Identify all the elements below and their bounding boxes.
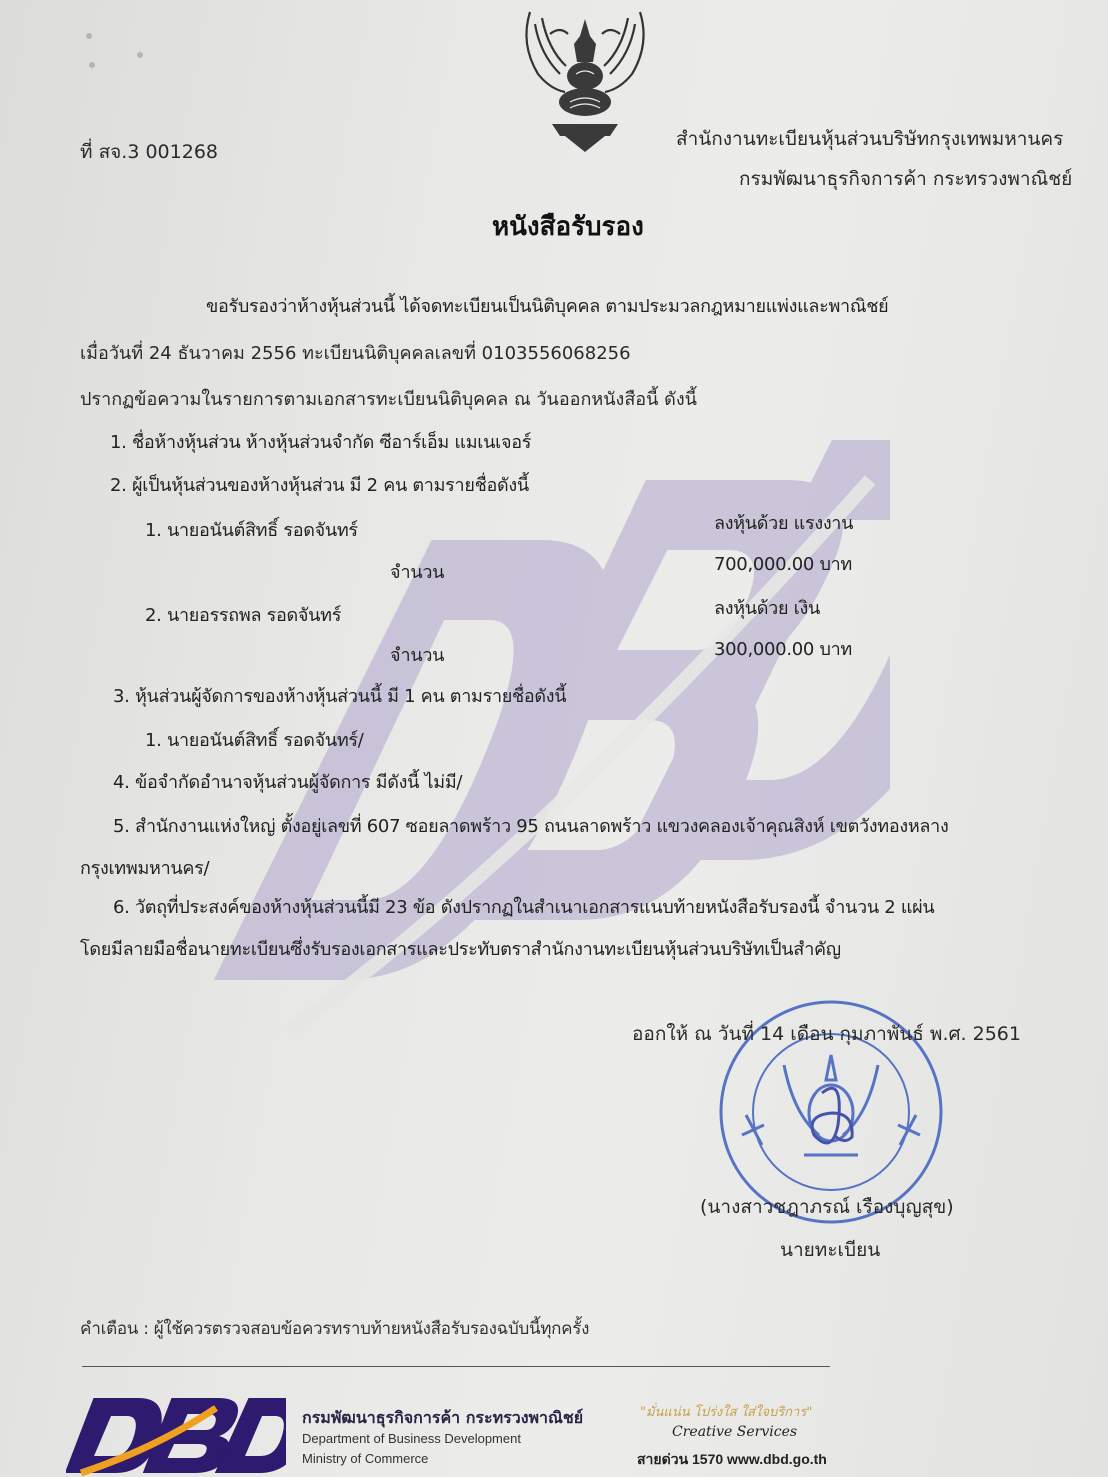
registrar-title: นายทะเบียน [780, 1235, 880, 1265]
intro-line-3: ปรากฏข้อความในรายการตามเอกสารทะเบียนนิติ… [80, 384, 697, 413]
intro-line-1: ขอรับรองว่าห้างหุ้นส่วนนี้ ได้จดทะเบียนเ… [206, 291, 888, 320]
department-ministry: กรมพัฒนาธุรกิจการค้า กระทรวงพาณิชย์ [739, 164, 1072, 194]
footer-divider [82, 1366, 830, 1367]
item-3-managing-partner: 3. หุ้นส่วนผู้จัดการของห้างหุ้นส่วนนี้ ม… [113, 681, 566, 710]
punch-hole [89, 62, 95, 68]
item-1-partnership-name: 1. ชื่อห้างหุ้นส่วน ห้างหุ้นส่วนจำกัด ซี… [110, 427, 531, 456]
partner-2-contribution: ลงหุ้นด้วย เงิน [714, 593, 820, 622]
partner-1-amount: 700,000.00 บาท [714, 549, 852, 578]
footer-ministry-english: Ministry of Commerce [302, 1451, 428, 1466]
partner-2-amount-label: จำนวน [390, 640, 444, 669]
intro-line-2: เมื่อวันที่ 24 ธันวาคม 2556 ทะเบียนนิติบ… [80, 338, 631, 367]
footer-slogan-english: Creative Services [672, 1424, 797, 1440]
dbd-logo-icon [66, 1388, 286, 1477]
partner-1-amount-label: จำนวน [390, 557, 444, 586]
partner-1-name: 1. นายอนันต์สิทธิ์ รอดจันทร์ [145, 515, 358, 544]
garuda-emblem-icon [510, 4, 660, 154]
registrar-name: (นางสาวชฎาภรณ์ เรืองบุญสุข) [700, 1192, 954, 1222]
punch-hole [86, 33, 92, 39]
reference-number: ที่ สจ.3 001268 [80, 137, 218, 167]
footer-dept-english: Department of Business Development [302, 1431, 521, 1446]
document-title: หนังสือรับรอง [492, 206, 644, 247]
item-6-signature-note: โดยมีลายมือชื่อนายทะเบียนซึ่งรับรองเอกสา… [80, 934, 841, 963]
issue-date: ออกให้ ณ วันที่ 14 เดือน กุมภาพันธ์ พ.ศ.… [632, 1019, 1021, 1049]
managing-partner-name: 1. นายอนันต์สิทธิ์ รอดจันทร์/ [145, 725, 364, 754]
footer-hotline-website: สายด่วน 1570 www.dbd.go.th [637, 1449, 827, 1471]
warning-note: คำเตือน : ผู้ใช้ควรตรวจสอบข้อควรทราบท้าย… [80, 1315, 589, 1342]
footer-slogan-thai: "มั่นแน่น โปร่งใส ใส่ใจบริการ" [640, 1401, 812, 1422]
footer-dept-thai: กรมพัฒนาธุรกิจการค้า กระทรวงพาณิชย์ [302, 1406, 583, 1431]
partner-2-amount: 300,000.00 บาท [714, 634, 852, 663]
item-4-authority-limit: 4. ข้อจำกัดอำนาจหุ้นส่วนผู้จัดการ มีดังน… [113, 767, 462, 796]
office-name: สำนักงานทะเบียนหุ้นส่วนบริษัทกรุงเทพมหาน… [676, 124, 1063, 154]
partner-2-name: 2. นายอรรถพล รอดจันทร์ [145, 600, 341, 629]
item-5-head-office: 5. สำนักงานแห่งใหญ่ ตั้งอยู่เลขที่ 607 ซ… [113, 811, 948, 840]
item-2-partners-count: 2. ผู้เป็นหุ้นส่วนของห้างหุ้นส่วน มี 2 ค… [110, 470, 529, 499]
item-5-city: กรุงเทพมหานคร/ [80, 853, 209, 882]
item-6-objectives: 6. วัตถุที่ประสงค์ของห้างหุ้นส่วนนี้มี 2… [113, 892, 934, 921]
partner-1-contribution: ลงหุ้นด้วย แรงงาน [714, 508, 853, 537]
punch-hole [137, 52, 143, 58]
